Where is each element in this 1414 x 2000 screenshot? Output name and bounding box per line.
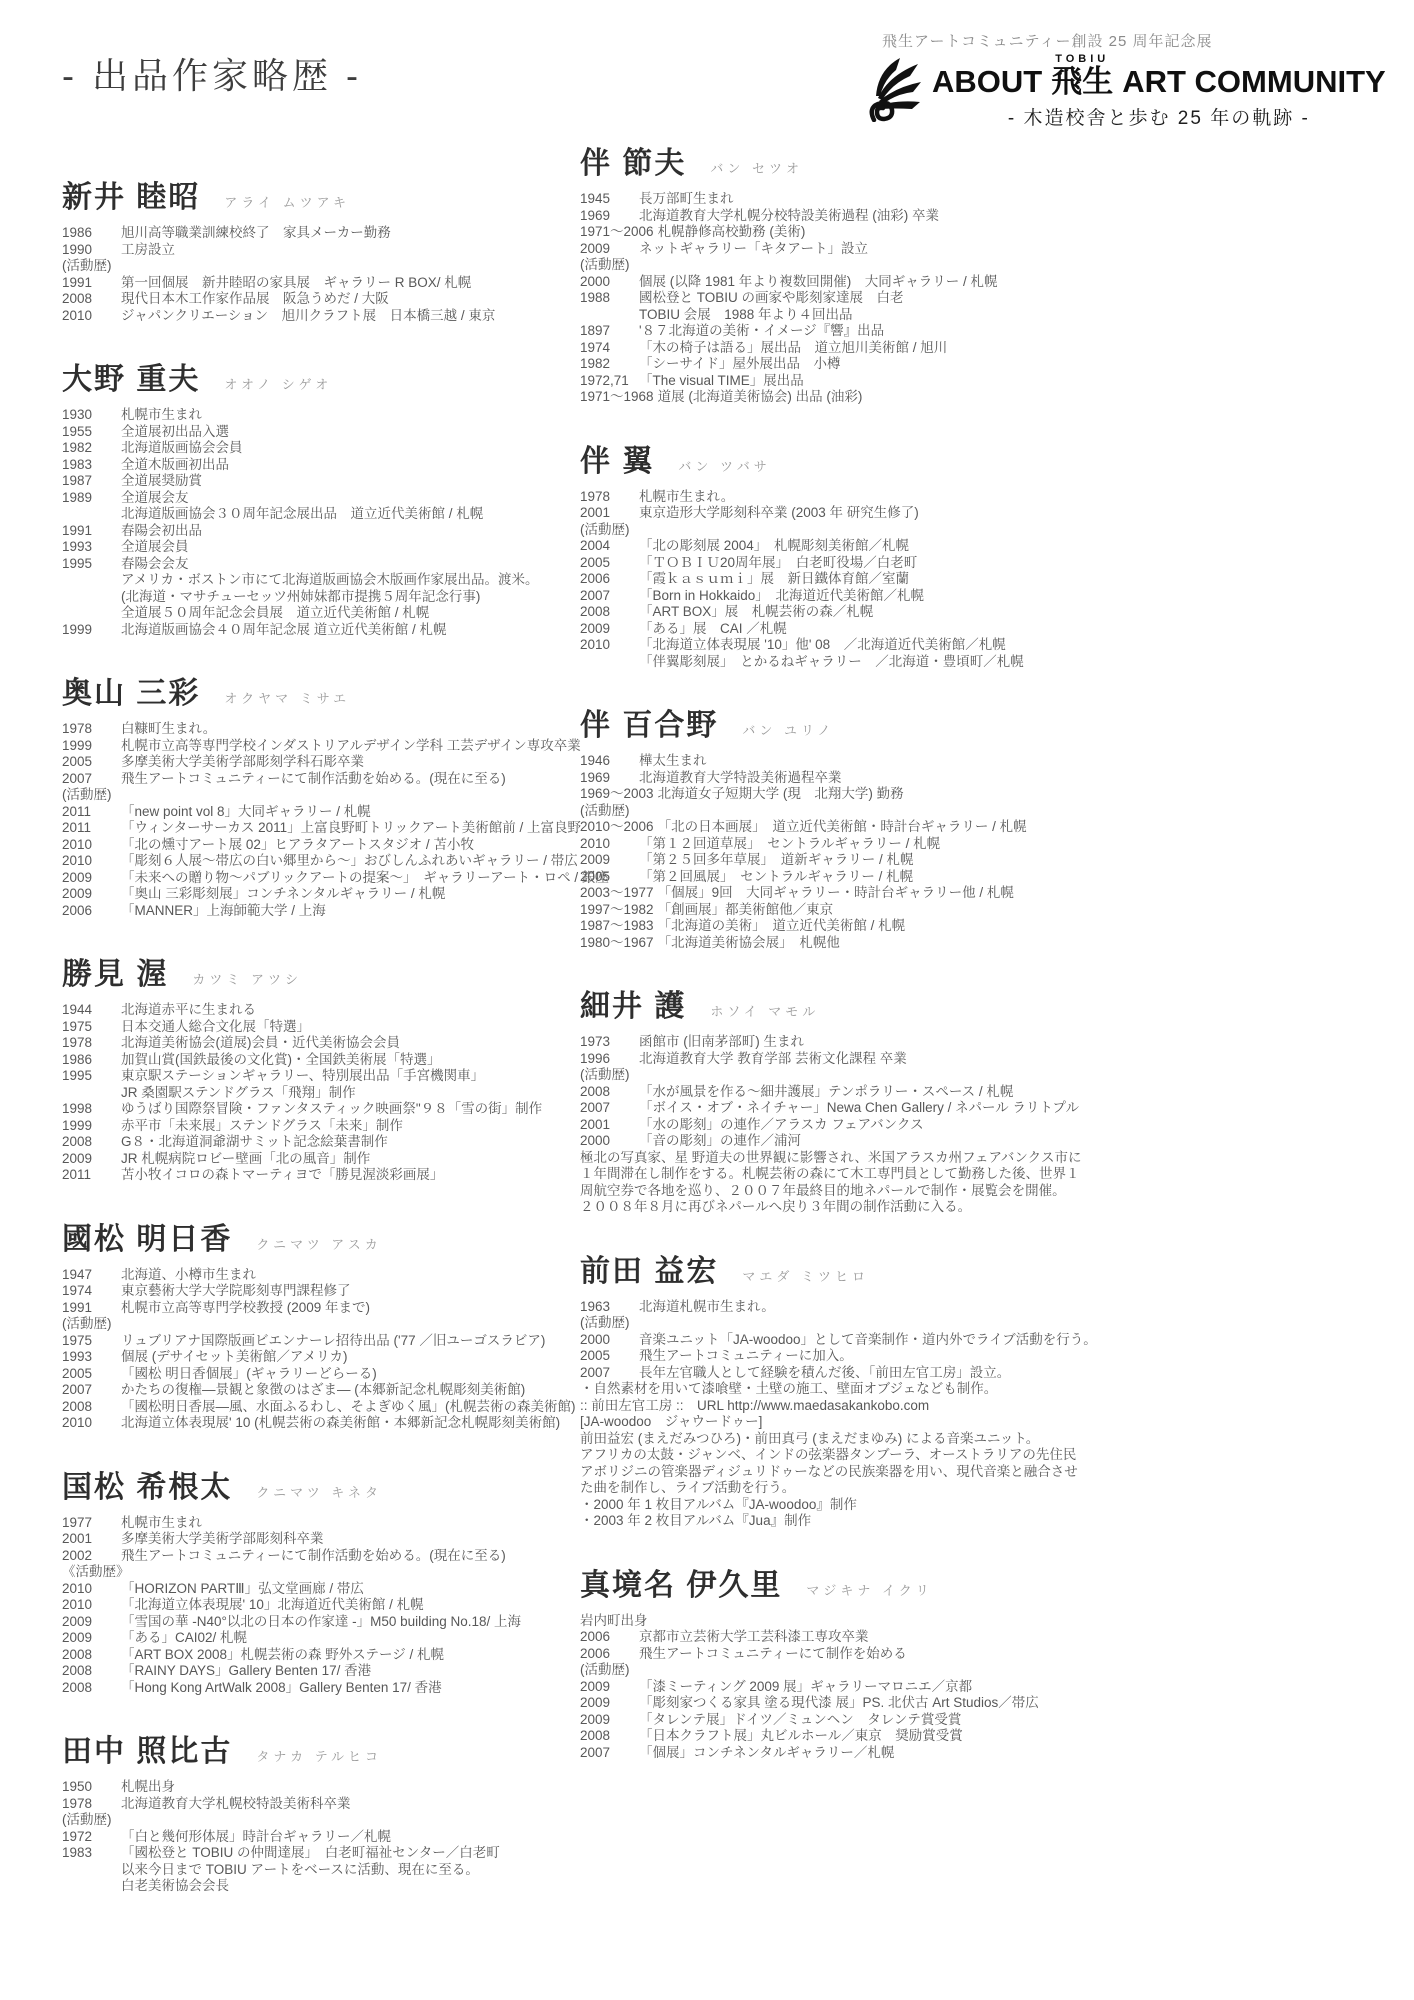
history-line: 1978北海道美術協会(道展)会員・近代美術協会会員 (62, 1035, 542, 1052)
history-line: 1999札幌市立高等専門学校インダストリアルデザイン学科 工芸デザイン専攻卒業 (62, 738, 542, 755)
history-line: 1969〜2003北海道女子短期大学 (現 北翔大学) 勤務 (580, 786, 1160, 803)
history-text: 全道木版画初出品 (121, 457, 229, 474)
history-text: 「未来への贈り物〜パブリックアートの提案〜」 ギャラリーアート・ロペ / 銀座 (121, 870, 609, 887)
history-year: 2010 (62, 1415, 121, 1432)
history-line: 2000音楽ユニット「JA-woodoo」として音楽制作・道内外でライブ活動を行… (580, 1332, 1160, 1349)
history-text: (活動歴) (580, 1067, 630, 1082)
artist-entry: 勝見 渥カツミ アツシ1944北海道赤平に生まれる1975日本交通人総合文化展「… (62, 949, 542, 1184)
artist-entry: 伴 節夫バン セツオ1945長万部町生まれ1969北海道教育大学札幌分校特設美術… (580, 138, 1160, 406)
history-year: 1945 (580, 191, 639, 208)
history-year: 1986 (62, 1052, 121, 1069)
history-year: 2001 (580, 505, 639, 522)
artist-name: 田中 照比古 (62, 1726, 232, 1770)
history-line: 2005「ＴＯＢＩＵ20周年展」 白老町役場／白老町 (580, 555, 1160, 572)
history-line: 1995東京駅ステーションギャラリー、特別展出品「手宮機関車」 (62, 1068, 542, 1085)
history-text: 「音の彫刻」の連作／浦河 (639, 1133, 801, 1150)
history-line: 1971〜1968道展 (北海道美術協会) 出品 (油彩) (580, 389, 1160, 406)
history-line: 2011「ウィンターサーカス 2011」上富良野町トリックアート美術館前 / 上… (62, 820, 542, 837)
history-line: 2009「奥山 三彩彫刻展」コンチネンタルギャラリー / 札幌 (62, 886, 542, 903)
history-text: G８・北海道洞爺湖サミット記念絵葉書制作 (121, 1134, 388, 1151)
history-text: 春陽会会友 (121, 556, 189, 573)
history-line: アメリカ・ボストン市にて北海道版画協会木版画作家展出品。渡米。 (62, 572, 542, 589)
exhibition-note: 飛生アートコミュニティー創設 25 周年記念展 (882, 30, 1386, 51)
history-year: 1998 (62, 1101, 121, 1118)
history-year: 2005 (580, 1348, 639, 1365)
history-text: 全道展初出品入選 (121, 424, 229, 441)
history-text: 「シーサイド」屋外展出品 小樽 (639, 356, 841, 373)
history-text: ・自然素材を用いて漆喰壁・土壁の施工、壁面オブジェなども制作。 (580, 1381, 997, 1396)
history-line: 1950札幌出身 (62, 1779, 542, 1796)
history-text: 日本交通人総合文化展「特選」 (121, 1019, 310, 1036)
history-year: 1974 (62, 1283, 121, 1300)
history-year: 2008 (62, 1680, 121, 1697)
artist-furigana: マジキナ イクリ (806, 1580, 932, 1599)
history-text: 長年左官職人として経験を積んだ後、「前田左官工房」設立。 (639, 1365, 1010, 1382)
history-year: 2008 (62, 1663, 121, 1680)
history-text: 飛生アートコミュニティーにて制作活動を始める。(現在に至る) (121, 771, 506, 788)
history-text: 「第１２回道草展」 セントラルギャラリー / 札幌 (639, 836, 940, 853)
history-line: 1977札幌市生まれ (62, 1515, 542, 1532)
history-year: 1997〜1982 (580, 902, 658, 919)
artist-entry: 真境名 伊久里マジキナ イクリ岩内町出身2006京都市立芸術大学工芸科漆工専攻卒… (580, 1560, 1160, 1762)
history-year: 2006 (580, 1646, 639, 1663)
history-line: ・自然素材を用いて漆喰壁・土壁の施工、壁面オブジェなども制作。 (580, 1381, 1160, 1398)
header-title: ABOUT TOBIU 飛生 ART COMMUNITY (932, 54, 1386, 97)
history-line: 2009「第２５回多年草展」 道新ギャラリー / 札幌 (580, 852, 1160, 869)
history-line: 2009「タレンテ展」ドイツ／ミュンヘン タレンテ賞受賞 (580, 1712, 1160, 1729)
history-line: 2009ネットギャラリー「キタアート」設立 (580, 241, 1160, 258)
artist-furigana: バン ユリノ (742, 720, 834, 739)
history-year: 2009 (62, 870, 121, 887)
history-text: 岩内町出身 (580, 1613, 648, 1628)
history-text: リュブリアナ国際版画ビエンナーレ招待出品 ('77 ／旧ユーゴスラビア) (121, 1333, 545, 1350)
history-text: ・2003 年 2 枚目アルバム『Jua』制作 (580, 1513, 811, 1528)
history-line: 周航空券で各地を巡り、２００７年最終目的地ネパールで制作・展覧会を開催。 (580, 1183, 1160, 1200)
history-year: 2008 (580, 604, 639, 621)
history-text: 工房設立 (121, 242, 175, 259)
history-text: 「日本クラフト展」丸ビルホール／東京 奨励賞受賞 (639, 1728, 963, 1745)
history-text: 北海道版画協会４０周年記念展 道立近代美術館 / 札幌 (121, 622, 447, 639)
history-year: 1897 (580, 323, 639, 340)
history-line: (活動歴) (580, 1067, 1160, 1084)
history-line: 1974「木の椅子は語る」展出品 道立旭川美術館 / 旭川 (580, 340, 1160, 357)
history-line: (活動歴) (62, 258, 542, 275)
history-year (62, 572, 121, 589)
history-line: 2007かたちの復権―景観と象徴のはざま― (本郷新記念札幌彫刻美術館) (62, 1382, 542, 1399)
history-year: 1978 (62, 1796, 121, 1813)
artist-name-row: 勝見 渥カツミ アツシ (62, 949, 542, 993)
history-line: 2008「Hong Kong ArtWalk 2008」Gallery Bent… (62, 1680, 542, 1697)
history-line: 2005「第２回風展」 セントラルギャラリー / 札幌 (580, 869, 1160, 886)
history-text: 「北の燻寸アート展 02」ヒアラタアートスタジオ / 苫小牧 (121, 837, 474, 854)
artist-entry: 奥山 三彩オクヤマ ミサエ1978白糠町生まれ。1999札幌市立高等専門学校イン… (62, 668, 542, 919)
history-year: 2007 (62, 771, 121, 788)
history-line: 2009「雪国の華 -N40°以北の日本の作家達 -」M50 building … (62, 1614, 542, 1631)
history-line: 1978札幌市生まれ。 (580, 489, 1160, 506)
history-text: 東京造形大学彫刻科卒業 (2003 年 研究生修了) (639, 505, 919, 522)
history-year: 2009 (62, 1614, 121, 1631)
history-year: 2008 (62, 1399, 121, 1416)
artist-furigana: バン セツオ (710, 158, 803, 177)
history-year: 2010 (62, 1581, 121, 1598)
history-line: １年間滞在し制作をする。札幌芸術の森にて木工専門員として勤務した後、世界１ (580, 1166, 1160, 1183)
artist-name: 勝見 渥 (62, 949, 168, 993)
history-text: 「伴翼彫刻展」 とかるねギャラリー ／北海道・豊頃町／札幌 (639, 654, 1024, 671)
history-line: 2008現代日本木工作家作品展 阪急うめだ / 大阪 (62, 291, 542, 308)
history-text: 「ART BOX 2008」札幌芸術の森 野外ステージ / 札幌 (121, 1647, 444, 1664)
history-line: 2001多摩美術大学美術学部彫刻科卒業 (62, 1531, 542, 1548)
history-line: 白老美術協会会長 (62, 1878, 542, 1895)
history-line: 2008「日本クラフト展」丸ビルホール／東京 奨励賞受賞 (580, 1728, 1160, 1745)
history-year: 1971〜1968 (580, 389, 658, 406)
history-line: (活動歴) (62, 1316, 542, 1333)
history-text: 「北海道立体表現展' 10」北海道近代美術館 / 札幌 (121, 1597, 424, 1614)
artist-name-row: 大野 重夫オオノ シゲオ (62, 354, 542, 398)
artist-name: 伴 節夫 (580, 138, 686, 182)
history-text: 春陽会初出品 (121, 523, 202, 540)
history-text: 「白と幾何形体展」時計台ギャラリー／札幌 (121, 1829, 391, 1846)
history-year: 2008 (580, 1084, 639, 1101)
history-line: 1999赤平市「未来展」ステンドグラス「未来」制作 (62, 1118, 542, 1135)
artist-entry: 新井 睦昭アライ ムツアキ1986旭川高等職業訓練校終了 家具メーカー勤務199… (62, 172, 542, 324)
artist-name: 奥山 三彩 (62, 668, 200, 712)
history-year (62, 506, 121, 523)
history-text: JR 札幌病院ロビー壁画「北の風音」制作 (121, 1151, 370, 1168)
history-year: 2007 (580, 1365, 639, 1382)
history-year: 1993 (62, 1349, 121, 1366)
history-line: 1971〜2006札幌静修高校勤務 (美術) (580, 224, 1160, 241)
history-line: 1993個展 (デサイセット美術館／アメリカ) (62, 1349, 542, 1366)
history-line: 1945長万部町生まれ (580, 191, 1160, 208)
tobiu-wordmark: TOBIU 飛生 (1051, 54, 1113, 97)
history-year: 2009 (62, 886, 121, 903)
history-text: 北海道教育大学特設美術過程卒業 (639, 770, 842, 787)
artist-furigana: バン ツバサ (678, 456, 770, 475)
history-line: 1944北海道赤平に生まれる (62, 1002, 542, 1019)
history-line: 2010「HORIZON PARTⅢ」弘文堂画廊 / 帯広 (62, 1581, 542, 1598)
history-year: 2010 (580, 836, 639, 853)
history-text: 北海道教育大学札幌分校特設美術過程 (油彩) 卒業 (639, 208, 939, 225)
history-line: 1987全道展奨励賞 (62, 473, 542, 490)
history-line: ２００８年８月に再びネパールへ戻り３年間の制作活動に入る。 (580, 1199, 1160, 1216)
artist-name: 國松 明日香 (62, 1214, 232, 1258)
history-text: 白糠町生まれ。 (121, 721, 216, 738)
history-text: 前田益宏 (まえだみつひろ)・前田真弓 (まえだまゆみ) による音楽ユニット。 (580, 1431, 1039, 1446)
history-text: 北海道女子短期大学 (現 北翔大学) 勤務 (658, 786, 904, 803)
history-line: 1946樺太生まれ (580, 753, 1160, 770)
history-text: 「北海道の美術」 道立近代美術館 / 札幌 (658, 918, 906, 935)
history-text: JR 桑園駅ステンドグラス「飛翔」制作 (121, 1085, 356, 1102)
history-text: 長万部町生まれ (639, 191, 734, 208)
history-text: 飛生アートコミュニティーにて制作を始める (639, 1646, 907, 1663)
history-year: 2009 (62, 1630, 121, 1647)
history-text: 「水が風景を作る〜細井護展」テンポラリー・スペース / 札幌 (639, 1084, 1013, 1101)
history-text: 北海道、小樽市生まれ (121, 1267, 256, 1284)
artist-name: 伴 百合野 (580, 700, 718, 744)
history-line: 1999北海道版画協会４０周年記念展 道立近代美術館 / 札幌 (62, 622, 542, 639)
history-line: (活動歴) (580, 257, 1160, 274)
history-line: 2000「音の彫刻」の連作／浦河 (580, 1133, 1160, 1150)
history-line: 1978北海道教育大学札幌校特設美術科卒業 (62, 1796, 542, 1813)
history-year: 1989 (62, 490, 121, 507)
history-year: 1996 (580, 1051, 639, 1068)
history-text: 北海道札幌市生まれ。 (639, 1299, 775, 1316)
history-line: 1991第一回個展 新井睦昭の家具展 ギャラリー R BOX/ 札幌 (62, 275, 542, 292)
artist-entry: 國松 明日香クニマツ アスカ1947北海道、小樽市生まれ1974東京藝術大学大学… (62, 1214, 542, 1432)
history-line: (活動歴) (62, 1812, 542, 1829)
header-title-about: ABOUT (932, 66, 1042, 97)
history-year: 1983 (62, 1845, 121, 1862)
history-text: 東京藝術大学大学院彫刻専門課程修了 (121, 1283, 351, 1300)
history-year: 1975 (62, 1019, 121, 1036)
history-text: 「ある」展 CAI ／札幌 (639, 621, 787, 638)
history-text: ２００８年８月に再びネパールへ戻り３年間の制作活動に入る。 (580, 1199, 971, 1214)
history-year: 1991 (62, 1300, 121, 1317)
history-text: 「第２回風展」 セントラルギャラリー / 札幌 (639, 869, 913, 886)
history-year: 2011 (62, 820, 121, 837)
history-text: (活動歴) (580, 257, 630, 272)
artist-furigana: クニマツ キネタ (256, 1482, 382, 1501)
history-line: アフリカの太鼓・ジャンベ、インドの弦楽器タンブーラ、オーストラリアの先住民 (580, 1447, 1160, 1464)
history-year: 2008 (62, 291, 121, 308)
history-text: 北海道版画協会３０周年記念展出品 道立近代美術館 / 札幌 (121, 506, 483, 523)
history-year: 1995 (62, 556, 121, 573)
history-line: 2006京都市立芸術大学工芸科漆工専攻卒業 (580, 1629, 1160, 1646)
history-text: 北海道教育大学札幌校特設美術科卒業 (121, 1796, 351, 1813)
history-line: 2010北海道立体表現展' 10 (札幌芸術の森美術館・本郷新記念札幌彫刻美術館… (62, 1415, 542, 1432)
history-line: 1986旭川高等職業訓練校終了 家具メーカー勤務 (62, 225, 542, 242)
history-text: 全道展５０周年記念会員展 道立近代美術館 / 札幌 (121, 605, 429, 622)
history-text: 以来今日まで TOBIU アートをベースに活動、現在に至る。 (121, 1862, 479, 1879)
history-text: (活動歴) (62, 258, 112, 273)
history-text: 「北の彫刻展 2004」 札幌彫刻美術館／札幌 (639, 538, 909, 555)
history-year: 2007 (580, 1100, 639, 1117)
history-line: 岩内町出身 (580, 1613, 1160, 1630)
artist-name: 前田 益宏 (580, 1246, 718, 1290)
history-year: 2007 (62, 1382, 121, 1399)
history-text: ジャパンクリエーション 旭川クラフト展 日本橋三越 / 東京 (121, 308, 495, 325)
history-year: 1946 (580, 753, 639, 770)
history-text: (活動歴) (62, 1316, 112, 1331)
history-line: 1982「シーサイド」屋外展出品 小樽 (580, 356, 1160, 373)
history-line: 2004「北の彫刻展 2004」 札幌彫刻美術館／札幌 (580, 538, 1160, 555)
history-text: 飛生アートコミュニティーにて制作活動を始める。(現在に至る) (121, 1548, 506, 1565)
history-text: 「木の椅子は語る」展出品 道立旭川美術館 / 旭川 (639, 340, 947, 357)
history-text: 「水の彫刻」の連作／アラスカ フェアバンクス (639, 1117, 924, 1134)
history-line: 2009「漆ミーティング 2009 展」ギャラリーマロニエ／京都 (580, 1679, 1160, 1696)
history-year: 2008 (580, 1728, 639, 1745)
history-year (580, 654, 639, 671)
history-year: 1982 (62, 440, 121, 457)
history-text: [JA-woodoo ジャウードゥー] (580, 1414, 762, 1429)
history-year: 1963 (580, 1299, 639, 1316)
artist-name-row: 真境名 伊久里マジキナ イクリ (580, 1560, 1160, 1604)
history-year: 1944 (62, 1002, 121, 1019)
history-line: 2002飛生アートコミュニティーにて制作活動を始める。(現在に至る) (62, 1548, 542, 1565)
history-text: '８７北海道の美術・イメージ『響』出品 (639, 323, 884, 340)
history-year: 1983 (62, 457, 121, 474)
artist-name: 細井 護 (580, 981, 686, 1025)
history-text: (活動歴) (580, 1662, 630, 1677)
history-text: かたちの復権―景観と象徴のはざま― (本郷新記念札幌彫刻美術館) (121, 1382, 525, 1399)
history-line: 2007飛生アートコミュニティーにて制作活動を始める。(現在に至る) (62, 771, 542, 788)
history-year: 2010〜2006 (580, 819, 658, 836)
artist-name: 新井 睦昭 (62, 172, 200, 216)
history-year: 2007 (580, 588, 639, 605)
history-year: 1950 (62, 1779, 121, 1796)
history-text: 音楽ユニット「JA-woodoo」として音楽制作・道内外でライブ活動を行う。 (639, 1332, 1097, 1349)
history-year: 1986 (62, 225, 121, 242)
artist-entry: 伴 百合野バン ユリノ1946樺太生まれ1969北海道教育大学特設美術過程卒業1… (580, 700, 1160, 951)
history-line: 2005「國松 明日香個展」(ギャラリーどらーる) (62, 1366, 542, 1383)
history-year: 2001 (62, 1531, 121, 1548)
artists-column-right: 伴 節夫バン セツオ1945長万部町生まれ1969北海道教育大学札幌分校特設美術… (580, 138, 1160, 1791)
history-line: 1897'８７北海道の美術・イメージ『響』出品 (580, 323, 1160, 340)
history-line: 1980〜1967「北海道美術協会展」 札幌他 (580, 935, 1160, 952)
history-text: 白老美術協会会長 (121, 1878, 229, 1895)
history-year: 2008 (62, 1647, 121, 1664)
artist-furigana: オクヤマ ミサエ (224, 688, 350, 707)
history-line: 1991札幌市立高等専門学校教授 (2009 年まで) (62, 1300, 542, 1317)
history-text: 北海道美術協会(道展)会員・近代美術協会会員 (121, 1035, 400, 1052)
history-text: 「漆ミーティング 2009 展」ギャラリーマロニエ／京都 (639, 1679, 972, 1696)
history-year: 1980〜1967 (580, 935, 658, 952)
artist-name-row: 前田 益宏マエダ ミツヒロ (580, 1246, 1160, 1290)
history-line: TOBIU 会展 1988 年より４回出品 (580, 307, 1160, 324)
history-year (62, 589, 121, 606)
history-year: 1955 (62, 424, 121, 441)
history-text: 「Born in Hokkaido」 北海道近代美術館／札幌 (639, 588, 924, 605)
history-line: アボリジニの管楽器ディジュリドゥーなどの民族楽器を用い、現代音楽と融合させ (580, 1464, 1160, 1481)
history-line: 1988國松登と TOBIU の画家や彫刻家達展 白老 (580, 290, 1160, 307)
history-year: 1973 (580, 1034, 639, 1051)
history-text: (活動歴) (580, 1315, 630, 1330)
history-text: 加賀山賞(国鉄最後の文化賞)・全国鉄美術展「特選」 (121, 1052, 441, 1069)
history-year: 1969 (580, 208, 639, 225)
history-text: １年間滞在し制作をする。札幌芸術の森にて木工専門員として勤務した後、世界１ (580, 1166, 1080, 1181)
history-year: 1978 (62, 721, 121, 738)
history-line: 1930札幌市生まれ (62, 407, 542, 424)
history-text: 第一回個展 新井睦昭の家具展 ギャラリー R BOX/ 札幌 (121, 275, 471, 292)
history-line: 2006「MANNER」上海師範大学 / 上海 (62, 903, 542, 920)
history-year: 1969 (580, 770, 639, 787)
history-text: 北海道版画協会会員 (121, 440, 243, 457)
history-line: 2008G８・北海道洞爺湖サミット記念絵葉書制作 (62, 1134, 542, 1151)
history-line: 1989全道展会友 (62, 490, 542, 507)
history-text: 「new point vol 8」大同ギャラリー / 札幌 (121, 804, 371, 821)
history-line: た曲を制作し、ライブ活動を行う。 (580, 1480, 1160, 1497)
history-line: [JA-woodoo ジャウードゥー] (580, 1414, 1160, 1431)
history-line: 2010ジャパンクリエーション 旭川クラフト展 日本橋三越 / 東京 (62, 308, 542, 325)
history-line: 「伴翼彫刻展」 とかるねギャラリー ／北海道・豊頃町／札幌 (580, 654, 1160, 671)
history-year (580, 307, 639, 324)
history-year: 2011 (62, 1167, 121, 1184)
history-text: 全道展会員 (121, 539, 189, 556)
history-text: 「個展」9回 大同ギャラリー・時計台ギャラリー他 / 札幌 (658, 885, 1014, 902)
history-line: 2010「第１２回道草展」 セントラルギャラリー / 札幌 (580, 836, 1160, 853)
history-text: 「MANNER」上海師範大学 / 上海 (121, 903, 326, 920)
history-line: 1983「國松登と TOBIU の仲間達展」 白老町福祉センター／白老町 (62, 1845, 542, 1862)
history-text: 「ボイス・オブ・ネイチャー」Newa Chen Gallery / ネパール ラ… (639, 1100, 1079, 1117)
history-text: 「國松登と TOBIU の仲間達展」 白老町福祉センター／白老町 (121, 1845, 500, 1862)
history-line: 1996北海道教育大学 教育学部 芸術文化課程 卒業 (580, 1051, 1160, 1068)
history-line: 2006「霞ｋａｓｕｍｉ」展 新日鐵体育館／室蘭 (580, 571, 1160, 588)
history-line: 2007「Born in Hokkaido」 北海道近代美術館／札幌 (580, 588, 1160, 605)
history-text: 「タレンテ展」ドイツ／ミュンヘン タレンテ賞受賞 (639, 1712, 961, 1729)
history-text: 札幌出身 (121, 1779, 175, 1796)
history-text: 「彫刻家つくる家具 塗る現代漆 展」PS. 北伏古 Art Studios／帯広 (639, 1695, 1039, 1712)
artist-entry: 田中 照比古タナカ テルヒコ1950札幌出身1978北海道教育大学札幌校特設美術… (62, 1726, 542, 1895)
history-year: 2011 (62, 804, 121, 821)
history-line: 2007長年左官職人として経験を積んだ後、「前田左官工房」設立。 (580, 1365, 1160, 1382)
history-line: 2010「北海道立体表現展' 10」北海道近代美術館 / 札幌 (62, 1597, 542, 1614)
history-text: 北海道教育大学 教育学部 芸術文化課程 卒業 (639, 1051, 907, 1068)
history-text: 極北の写真家、星 野道夫の世界観に影響され、米国アラスカ州フェアバンクス市に (580, 1150, 1082, 1165)
artist-name-row: 新井 睦昭アライ ムツアキ (62, 172, 542, 216)
history-year: 2005 (580, 555, 639, 572)
history-text: 《活動歴》 (62, 1564, 130, 1579)
history-text: (活動歴) (580, 803, 630, 818)
artist-furigana: クニマツ アスカ (256, 1234, 381, 1253)
history-text: 札幌市生まれ。 (639, 489, 734, 506)
history-line: 1955全道展初出品入選 (62, 424, 542, 441)
history-year: 2009 (580, 241, 639, 258)
history-year: 2003〜1977 (580, 885, 658, 902)
history-text: 「彫刻６人展〜帯広の白い郷里から〜」おびしんふれあいギャラリー / 帯広 (121, 853, 578, 870)
artists-column-left: 新井 睦昭アライ ムツアキ1986旭川高等職業訓練校終了 家具メーカー勤務199… (62, 172, 542, 1925)
history-year: 2010 (62, 853, 121, 870)
history-year: 1991 (62, 275, 121, 292)
history-year: 2005 (580, 869, 639, 886)
history-year: 1982 (580, 356, 639, 373)
history-text: 札幌市生まれ (121, 1515, 202, 1532)
history-line: 2008「水が風景を作る〜細井護展」テンポラリー・スペース / 札幌 (580, 1084, 1160, 1101)
history-line: 2011「new point vol 8」大同ギャラリー / 札幌 (62, 804, 542, 821)
history-line: 2008「ART BOX 2008」札幌芸術の森 野外ステージ / 札幌 (62, 1647, 542, 1664)
history-year: 2007 (580, 1745, 639, 1762)
history-line: 1975リュブリアナ国際版画ビエンナーレ招待出品 ('77 ／旧ユーゴスラビア) (62, 1333, 542, 1350)
history-year (62, 1862, 121, 1879)
history-text: 「Hong Kong ArtWalk 2008」Gallery Benten 1… (121, 1680, 442, 1697)
history-line: 1998ゆうばり国際祭冒険・ファンタスティック映画祭"９８「雪の街」制作 (62, 1101, 542, 1118)
history-text: アメリカ・ボストン市にて北海道版画協会木版画作家展出品。渡米。 (121, 572, 539, 589)
history-year: 1972,71 (580, 373, 639, 390)
artist-name-row: 細井 護ホソイ マモル (580, 981, 1160, 1025)
history-text: 「The visual TIME」展出品 (639, 373, 804, 390)
history-year: 2009 (580, 852, 639, 869)
history-text: 札幌静修高校勤務 (美術) (658, 224, 806, 241)
artist-furigana: タナカ テルヒコ (256, 1746, 382, 1765)
artist-name-row: 伴 百合野バン ユリノ (580, 700, 1160, 744)
history-text: 「奥山 三彩彫刻展」コンチネンタルギャラリー / 札幌 (121, 886, 445, 903)
history-text: 「國松明日香展―風、水面ふるわし、そよぎゆく風」(札幌芸術の森美術館) (121, 1399, 576, 1416)
history-line: 1972「白と幾何形体展」時計台ギャラリー／札幌 (62, 1829, 542, 1846)
header-subtitle: - 木造校舎と歩む 25 年の軌跡 - (932, 103, 1386, 130)
history-text: ネットギャラリー「キタアート」設立 (639, 241, 868, 258)
history-year: 2004 (580, 538, 639, 555)
history-year: 1969〜2003 (580, 786, 658, 803)
history-text: ゆうばり国際祭冒険・ファンタスティック映画祭"９８「雪の街」制作 (121, 1101, 542, 1118)
history-year: 2009 (580, 1712, 639, 1729)
history-year: 2006 (580, 571, 639, 588)
history-text: 札幌市生まれ (121, 407, 202, 424)
history-line: 2005飛生アートコミュニティーに加入。 (580, 1348, 1160, 1365)
history-line: 1947北海道、小樽市生まれ (62, 1267, 542, 1284)
history-year: 2005 (62, 754, 121, 771)
history-year: 1947 (62, 1267, 121, 1284)
history-text: (北海道・マサチューセッツ州姉妹都市提携５周年記念行事) (121, 589, 480, 606)
history-text: 北海道立体表現展' 10 (札幌芸術の森美術館・本郷新記念札幌彫刻美術館) (121, 1415, 560, 1432)
